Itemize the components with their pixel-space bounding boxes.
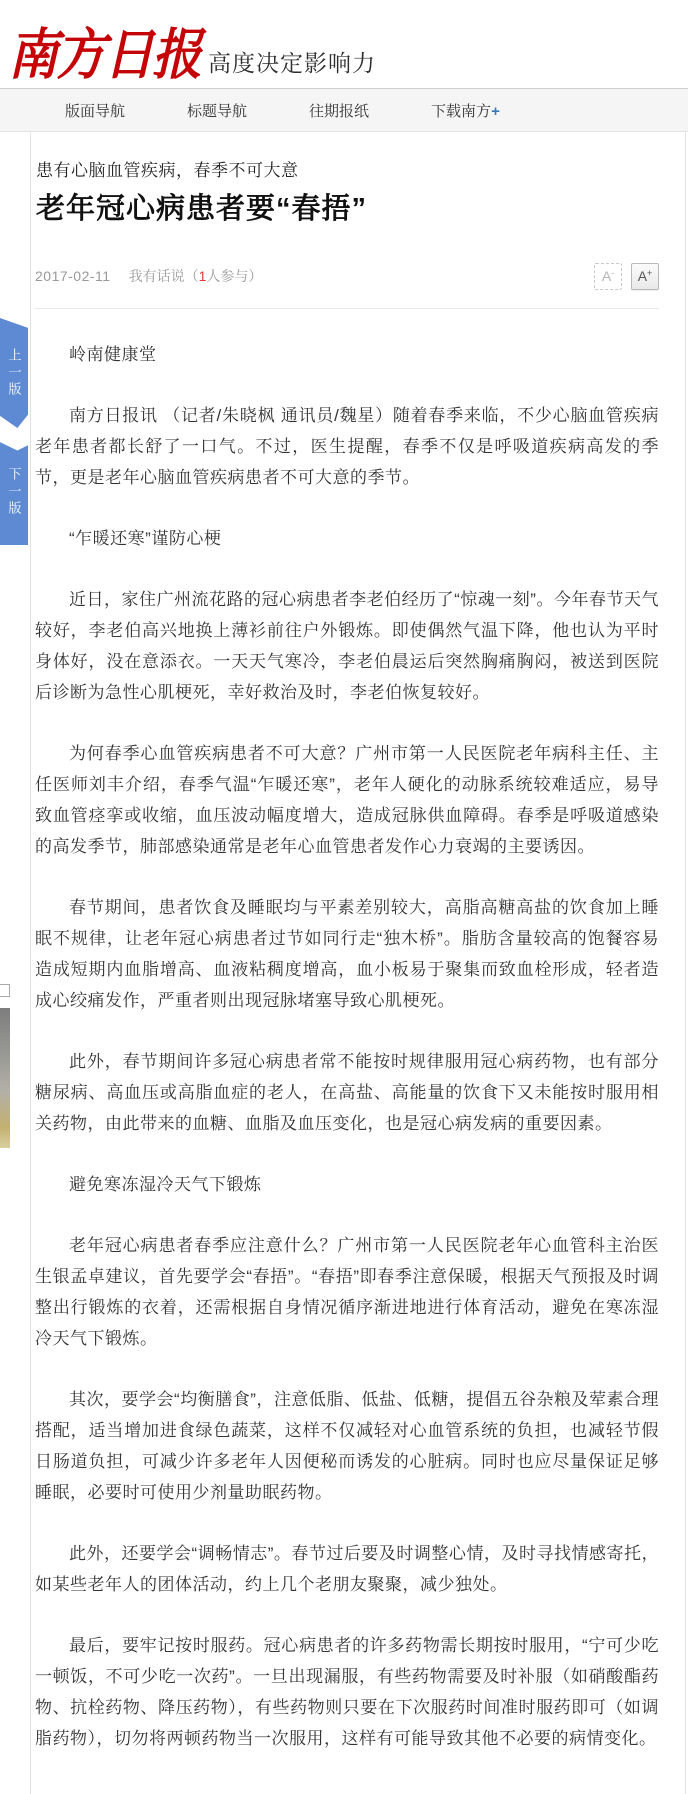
article-paragraph: 此外，春节期间许多冠心病患者常不能按时规律服用冠心病药物，也有部分糖尿病、高血压… — [35, 1046, 659, 1139]
plus-icon: + — [647, 268, 652, 278]
font-decrease-label: A — [602, 268, 611, 284]
font-increase-button[interactable]: A+ — [631, 263, 659, 290]
meta-divider — [35, 308, 659, 309]
newspaper-logo[interactable]: 南方日报 — [8, 28, 200, 83]
nav-page-navigation[interactable]: 版面导航 — [65, 100, 125, 121]
prev-edition-tab[interactable]: 上一版 — [0, 318, 28, 428]
article-card: 患有心脑血管疾病，春季不可大意 老年冠心病患者要“春捂” 2017-02-11 … — [30, 132, 686, 1794]
article-paragraph: 春节期间，患者饮食及睡眠均与平素差别较大，高脂高糖高盐的饮食加上睡眠不规律，让老… — [35, 892, 659, 1016]
nav-download-app[interactable]: 下载南方+ — [431, 100, 500, 121]
article-date: 2017-02-11 — [35, 268, 111, 284]
comments-count: （1人参与） — [185, 266, 263, 286]
masthead: 南方日报 高度决定影响力 — [0, 0, 688, 88]
nav-download-app-label: 下载南方 — [431, 103, 491, 120]
article-paragraph: 近日，家住广州流花路的冠心病患者李老伯经历了“惊魂一刻”。今年春节天气较好，李老… — [35, 584, 659, 708]
section-heading: “乍暖还寒”谨防心梗 — [35, 523, 659, 554]
article-kicker: 患有心脑血管疾病，春季不可大意 — [36, 156, 659, 181]
next-edition-tab[interactable]: 下一版 — [0, 440, 28, 545]
article-paragraph: 此外，还要学会“调畅情志”。春节过后要及时调整心情，及时寻找情感寄托，如某些老年… — [35, 1538, 659, 1600]
section-heading: 避免寒冻湿冷天气下锻炼 — [35, 1169, 659, 1200]
article-paragraph: 岭南健康堂 — [35, 339, 659, 370]
primary-nav: 版面导航 标题导航 往期报纸 下载南方+ — [0, 88, 688, 132]
article-title: 老年冠心病患者要“春捂” — [36, 191, 659, 229]
page-edge-thumbnail[interactable] — [0, 1008, 10, 1148]
article-meta-row: 2017-02-11 我有话说 （1人参与） A- A+ — [35, 263, 659, 290]
minus-icon: - — [611, 268, 614, 278]
page-edge-widget — [0, 984, 10, 997]
masthead-tagline: 高度决定影响力 — [208, 45, 376, 78]
nav-past-issues[interactable]: 往期报纸 — [309, 100, 369, 121]
comments-count-open: （ — [185, 268, 199, 284]
article-paragraph: 最后，要牢记按时服药。冠心病患者的许多药物需长期按时服用，“宁可少吃一顿饭，不可… — [35, 1630, 659, 1754]
article-body: 岭南健康堂 南方日报讯 （记者/朱晓枫 通讯员/魏星）随着春季来临，不少心脑血管… — [35, 339, 659, 1754]
font-increase-label: A — [638, 268, 647, 284]
plus-icon: + — [491, 103, 500, 120]
article-paragraph: 为何春季心血管疾病患者不可大意？广州市第一人民医院老年病科主任、主任医师刘丰介绍… — [35, 738, 659, 862]
article-paragraph: 老年冠心病患者春季应注意什么？广州市第一人民医院老年心血管科主治医生银孟卓建议，… — [35, 1230, 659, 1354]
comments-link[interactable]: 我有话说 — [129, 266, 185, 286]
nav-headline-navigation[interactable]: 标题导航 — [187, 100, 247, 121]
comments-count-close: 人参与） — [206, 268, 262, 284]
font-decrease-button[interactable]: A- — [594, 263, 622, 290]
article-paragraph: 南方日报讯 （记者/朱晓枫 通讯员/魏星）随着春季来临，不少心脑血管疾病老年患者… — [35, 400, 659, 493]
article-paragraph: 其次，要学会“均衡膳食”，注意低脂、低盐、低糖，提倡五谷杂粮及荤素合理搭配，适当… — [35, 1384, 659, 1508]
